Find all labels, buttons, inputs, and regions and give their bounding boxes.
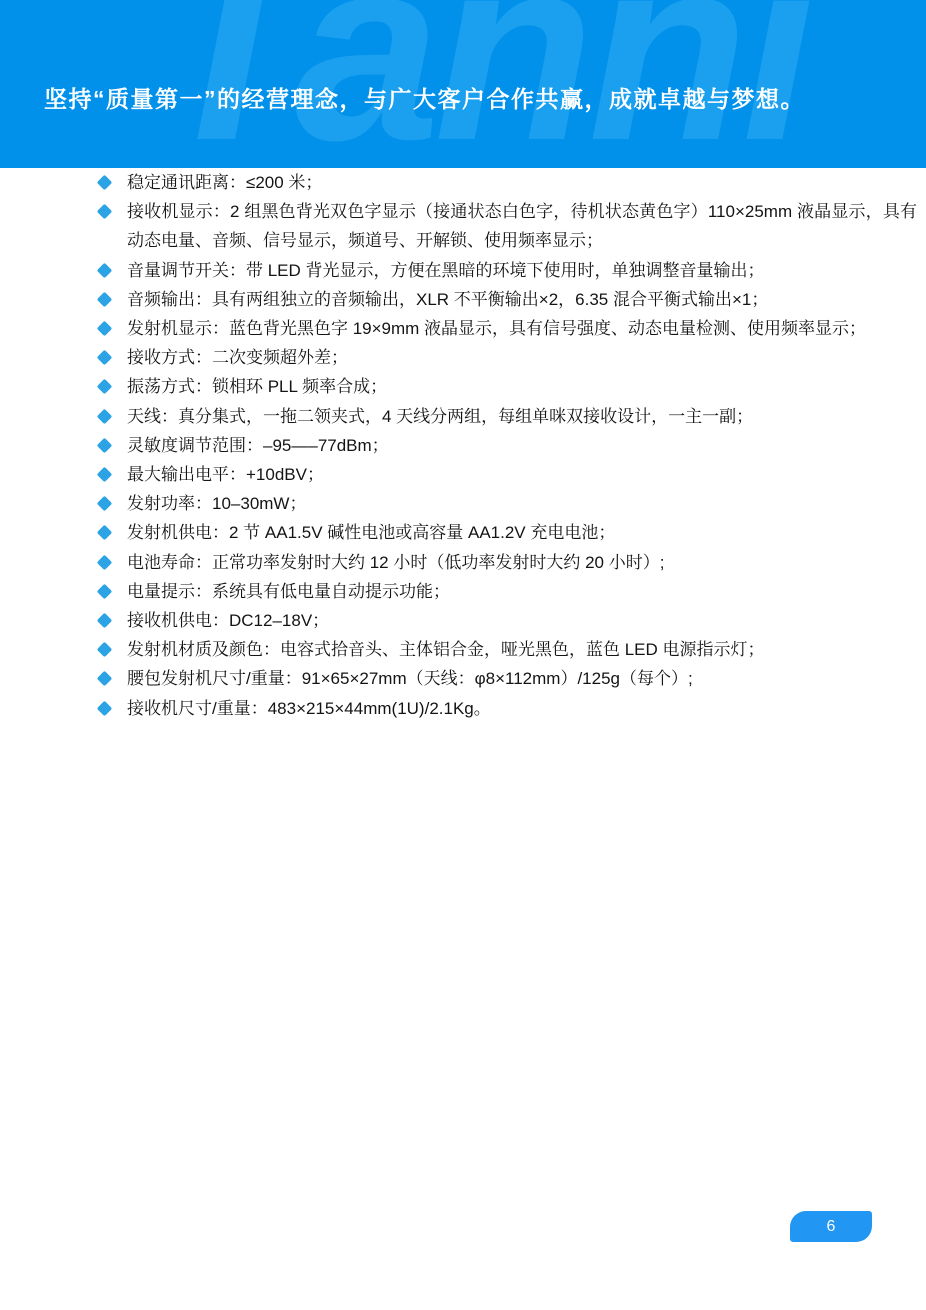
spec-item-text: 发射机材质及颜色：电容式拾音头、主体铝合金，哑光黑色，蓝色 LED 电源指示灯； xyxy=(127,640,765,659)
spec-item: 接收方式：二次变频超外差； xyxy=(127,343,917,372)
spec-item: 天线：真分集式，一拖二领夹式，4 天线分两组，每组单咪双接收设计，一主一副； xyxy=(127,402,917,431)
spec-list-section: 稳定通讯距离：≤200 米；接收机显示：2 组黑色背光双色字显示（接通状态白色字… xyxy=(127,168,917,723)
spec-item: 电量提示：系统具有低电量自动提示功能； xyxy=(127,577,917,606)
spec-item-text: 接收机显示：2 组黑色背光双色字显示（接通状态白色字，待机状态黄色字）110×2… xyxy=(127,202,917,250)
diamond-bullet-icon xyxy=(97,175,113,191)
spec-item-text: 天线：真分集式，一拖二领夹式，4 天线分两组，每组单咪双接收设计，一主一副； xyxy=(127,407,753,426)
spec-item-text: 稳定通讯距离：≤200 米； xyxy=(127,173,322,192)
spec-item: 腰包发射机尺寸/重量：91×65×27mm（天线：φ8×112mm）/125g（… xyxy=(127,664,917,693)
diamond-bullet-icon xyxy=(97,671,113,687)
spec-list: 稳定通讯距离：≤200 米；接收机显示：2 组黑色背光双色字显示（接通状态白色字… xyxy=(127,168,917,723)
diamond-bullet-icon xyxy=(97,321,113,337)
diamond-bullet-icon xyxy=(97,350,113,366)
diamond-bullet-icon xyxy=(97,613,113,629)
spec-item-text: 音量调节开关：带 LED 背光显示，方便在黑暗的环境下使用时，单独调整音量输出； xyxy=(127,261,765,280)
diamond-bullet-icon xyxy=(97,379,113,395)
spec-item: 音频输出：具有两组独立的音频输出，XLR 不平衡输出×2，6.35 混合平衡式输… xyxy=(127,285,917,314)
spec-item-text: 接收机尺寸/重量：483×215×44mm(1U)/2.1Kg。 xyxy=(127,699,491,718)
spec-item-text: 发射功率：10–30mW； xyxy=(127,494,306,513)
spec-item-text: 发射机显示：蓝色背光黑色字 19×9mm 液晶显示，具有信号强度、动态电量检测、… xyxy=(127,319,866,338)
diamond-bullet-icon xyxy=(97,292,113,308)
diamond-bullet-icon xyxy=(97,496,113,512)
spec-item: 发射机材质及颜色：电容式拾音头、主体铝合金，哑光黑色，蓝色 LED 电源指示灯； xyxy=(127,635,917,664)
spec-item-text: 接收机供电：DC12–18V； xyxy=(127,611,329,630)
spec-item-text: 发射机供电：2 节 AA1.5V 碱性电池或高容量 AA1.2V 充电电池； xyxy=(127,523,615,542)
diamond-bullet-icon xyxy=(97,700,113,716)
spec-item: 接收机供电：DC12–18V； xyxy=(127,606,917,635)
spec-item-text: 接收方式：二次变频超外差； xyxy=(127,348,348,367)
spec-item-text: 电量提示：系统具有低电量自动提示功能； xyxy=(127,582,450,601)
spec-item: 发射机显示：蓝色背光黑色字 19×9mm 液晶显示，具有信号强度、动态电量检测、… xyxy=(127,314,917,343)
spec-item: 接收机显示：2 组黑色背光双色字显示（接通状态白色字，待机状态黄色字）110×2… xyxy=(127,197,917,255)
spec-item-text: 振荡方式：锁相环 PLL 频率合成； xyxy=(127,377,387,396)
spec-item-text: 音频输出：具有两组独立的音频输出，XLR 不平衡输出×2，6.35 混合平衡式输… xyxy=(127,290,768,309)
spec-item-text: 最大输出电平：+10dBV； xyxy=(127,465,324,484)
spec-item: 电池寿命：正常功率发射时大约 12 小时（低功率发射时大约 20 小时）; xyxy=(127,548,917,577)
spec-item-text: 灵敏度调节范围：–95—–77dBm； xyxy=(127,436,389,455)
diamond-bullet-icon xyxy=(97,467,113,483)
page-header-banner: Tanni 坚持“质量第一”的经营理念，与广大客户合作共赢，成就卓越与梦想。 xyxy=(0,0,926,168)
spec-item: 发射功率：10–30mW； xyxy=(127,489,917,518)
spec-item: 稳定通讯距离：≤200 米； xyxy=(127,168,917,197)
header-slogan: 坚持“质量第一”的经营理念，与广大客户合作共赢，成就卓越与梦想。 xyxy=(44,81,805,114)
spec-item-text: 腰包发射机尺寸/重量：91×65×27mm（天线：φ8×112mm）/125g（… xyxy=(127,669,693,688)
spec-item: 灵敏度调节范围：–95—–77dBm； xyxy=(127,431,917,460)
diamond-bullet-icon xyxy=(97,554,113,570)
spec-item: 音量调节开关：带 LED 背光显示，方便在黑暗的环境下使用时，单独调整音量输出； xyxy=(127,256,917,285)
diamond-bullet-icon xyxy=(97,525,113,541)
spec-item: 接收机尺寸/重量：483×215×44mm(1U)/2.1Kg。 xyxy=(127,694,917,723)
spec-item-text: 电池寿命：正常功率发射时大约 12 小时（低功率发射时大约 20 小时）; xyxy=(127,553,664,572)
diamond-bullet-icon xyxy=(97,204,113,220)
diamond-bullet-icon xyxy=(97,408,113,424)
diamond-bullet-icon xyxy=(97,262,113,278)
spec-item: 发射机供电：2 节 AA1.5V 碱性电池或高容量 AA1.2V 充电电池； xyxy=(127,518,917,547)
diamond-bullet-icon xyxy=(97,438,113,454)
diamond-bullet-icon xyxy=(97,584,113,600)
spec-item: 振荡方式：锁相环 PLL 频率合成； xyxy=(127,372,917,401)
diamond-bullet-icon xyxy=(97,642,113,658)
spec-item: 最大输出电平：+10dBV； xyxy=(127,460,917,489)
page-number-badge: 6 xyxy=(790,1211,872,1242)
page-number: 6 xyxy=(827,1218,836,1236)
